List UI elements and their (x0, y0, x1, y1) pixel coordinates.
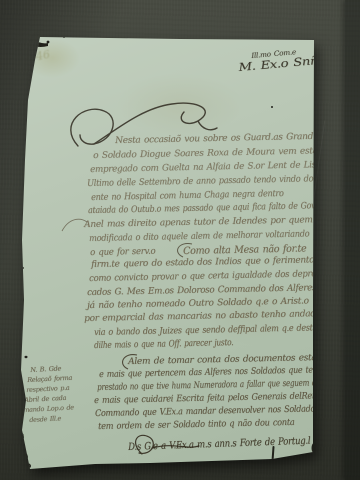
signature-line: D.s G.e a V.Ex.a m.s ann.s Forte de Port… (128, 436, 311, 453)
handwriting-ink-layer: Ill.mo Com.eM. Ex.o Snr̃Nesta occasiaõ v… (0, 0, 360, 480)
margin-note-line: N. B. Gde (30, 364, 61, 374)
handwriting-line: como convicto provar o que certa igualda… (89, 269, 319, 284)
margin-note-line: mando Lop.o de (23, 403, 74, 414)
handwriting-line: o que for serv.o (90, 247, 155, 258)
handwriting-line: o Soldado Diogue Soares Roxa de Moura ve… (93, 146, 322, 161)
margin-note-line: desde Ill.e (29, 414, 61, 424)
handwriting-line: modificada o dito aquele alem de melhora… (89, 229, 309, 244)
margin-note-line: respectivo p.a (26, 384, 70, 394)
margin-note-line: Abril de cada (24, 394, 66, 404)
handwriting-line: via o bando dos Juizes que sendo deffipa… (94, 323, 317, 338)
handwriting-line: dilhe mais o que na Off. parecer justo. (94, 338, 233, 351)
handwriting-line: Nesta occasiaõ vou sobre os Guard.as Gra… (115, 132, 325, 146)
handwriting-line: Ultimo delle Settembro de anno passado t… (87, 174, 316, 189)
handwriting-line: e mais que pertencem das Alferes nos Sol… (99, 365, 327, 380)
photograph-of-letter: 46 Ill.mo Com.eM. Ex.o Snr̃Nesta occasia… (0, 0, 360, 480)
handwriting-line: já não tenho nomeado Outro Soldado q.e o… (87, 296, 309, 311)
handwriting-line: por emparcial das mancarias no abasto te… (84, 309, 321, 324)
paper-shadow: 46 Ill.mo Com.eM. Ex.o Snr̃Nesta occasia… (0, 0, 360, 480)
handwriting-line: Anel mas direito apenas tutor de Idendes… (84, 215, 321, 230)
handwriting-line: ataiada do Outub.o mes passado que aqui … (88, 201, 321, 216)
letter-paper: 46 Ill.mo Com.eM. Ex.o Snr̃Nesta occasia… (0, 0, 360, 480)
margin-note-line: Relaçaõ forma (27, 374, 72, 384)
salutation-line: M. Ex.o Snr̃ (238, 54, 316, 74)
handwriting-line: Commando que V.Ex.a mandar desenvolver n… (95, 404, 334, 419)
handwriting-line: empregado com Guelta na Alfaia de S.or L… (90, 160, 331, 175)
handwriting-line: ente no Hospital com huma Chaga negra de… (91, 189, 284, 203)
handwriting-line: firm.te quero do estado dos Indios que o… (91, 255, 314, 270)
handwriting-line: tem ordem de ser Soldado tinto q não dou… (98, 418, 295, 432)
handwriting-line: e mais que cuidarei Escrita feita pelos … (94, 391, 314, 406)
